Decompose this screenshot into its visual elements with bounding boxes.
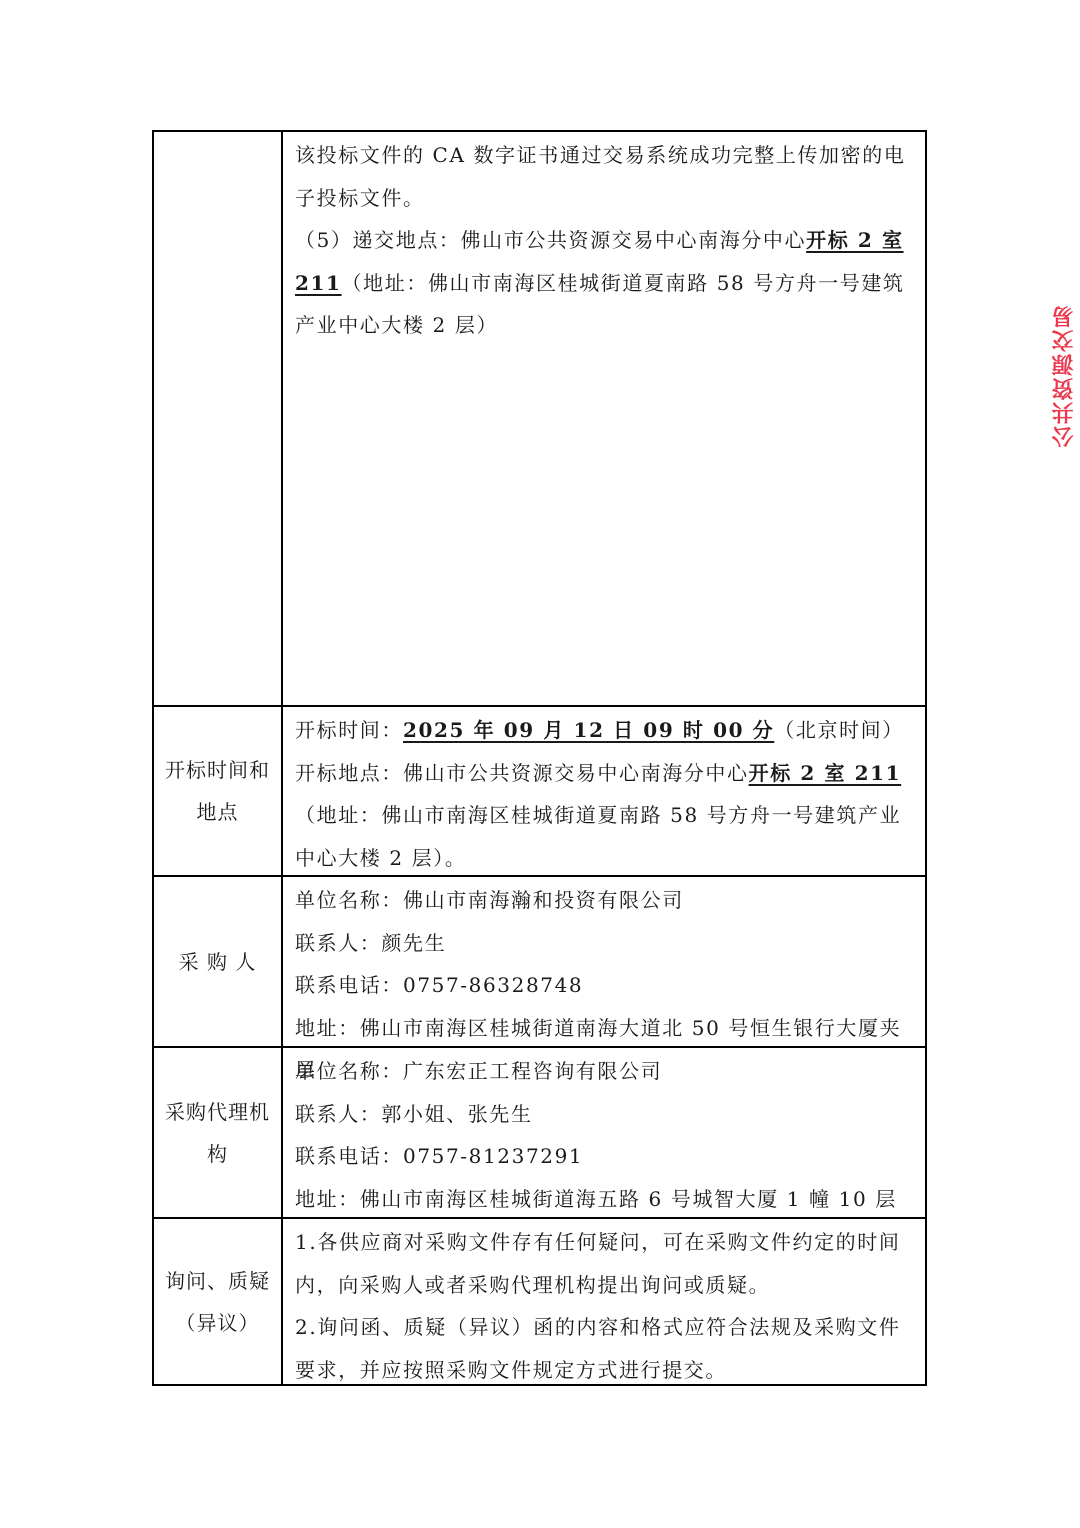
opening-room: 开标 2 室 211 [749,761,902,785]
purchaser-contact: 联系人：颜先生 [295,922,917,965]
row-content: 开标时间：2025 年 09 月 12 日 09 时 00 分（北京时间） 开标… [285,707,925,875]
row-label [154,132,283,705]
opening-time: 开标时间：2025 年 09 月 12 日 09 时 00 分（北京时间） [295,709,917,752]
row-content: 1.各供应商对采购文件存有任何疑问，可在采购文件约定的时间内，向采购人或者采购代… [285,1219,925,1384]
procurement-info-table: 该投标文件的 CA 数字证书通过交易系统成功完整上传加密的电子投标文件。 （5）… [152,130,927,1386]
row-label: 开标时间和地点 [154,707,283,875]
inquiry-item-1: 1.各供应商对采购文件存有任何疑问，可在采购文件约定的时间内，向采购人或者采购代… [295,1221,917,1306]
agency-phone: 联系电话：0757-81237291 [295,1135,917,1178]
table-row-bid-delivery: 该投标文件的 CA 数字证书通过交易系统成功完整上传加密的电子投标文件。 （5）… [154,132,925,705]
row-label: 询问、质疑（异议） [154,1219,283,1384]
agency-address: 地址：佛山市南海区桂城街道海五路 6 号城智大厦 1 幢 10 层 [295,1178,917,1221]
agency-contact: 联系人：郭小姐、张先生 [295,1093,917,1136]
table-row-agency: 采购代理机构 单位名称：广东宏正工程咨询有限公司 联系人：郭小姐、张先生 联系电… [154,1046,925,1217]
row-label: 采购代理机构 [154,1048,283,1217]
bid-file-upload-text: 该投标文件的 CA 数字证书通过交易系统成功完整上传加密的电子投标文件。 [295,134,917,219]
row-content: 单位名称：广东宏正工程咨询有限公司 联系人：郭小姐、张先生 联系电话：0757-… [285,1048,925,1217]
agency-name: 单位名称：广东宏正工程咨询有限公司 [295,1050,917,1093]
row-content: 该投标文件的 CA 数字证书通过交易系统成功完整上传加密的电子投标文件。 （5）… [285,132,925,705]
opening-place: 开标地点：佛山市公共资源交易中心南海分中心开标 2 室 211（地址：佛山市南海… [295,752,917,880]
table-row-inquiry: 询问、质疑（异议） 1.各供应商对采购文件存有任何疑问，可在采购文件约定的时间内… [154,1217,925,1384]
row-label: 采 购 人 [154,877,283,1046]
delivery-location: （5）递交地点：佛山市公共资源交易中心南海分中心开标 2 室 211（地址：佛山… [295,219,917,347]
row-content: 单位名称：佛山市南海瀚和投资有限公司 联系人：颜先生 联系电话：0757-863… [285,877,925,1046]
inquiry-item-2: 2.询问函、质疑（异议）函的内容和格式应符合法规及采购文件要求，并应按照采购文件… [295,1306,917,1391]
seal-stamp: 公共资源交易 [1048,248,1080,448]
purchaser-name: 单位名称：佛山市南海瀚和投资有限公司 [295,879,917,922]
opening-time-value: 2025 年 09 月 12 日 09 时 00 分 [403,718,774,742]
table-row-purchaser: 采 购 人 单位名称：佛山市南海瀚和投资有限公司 联系人：颜先生 联系电话：07… [154,875,925,1046]
table-row-bid-opening: 开标时间和地点 开标时间：2025 年 09 月 12 日 09 时 00 分（… [154,705,925,875]
purchaser-phone: 联系电话：0757-86328748 [295,964,917,1007]
